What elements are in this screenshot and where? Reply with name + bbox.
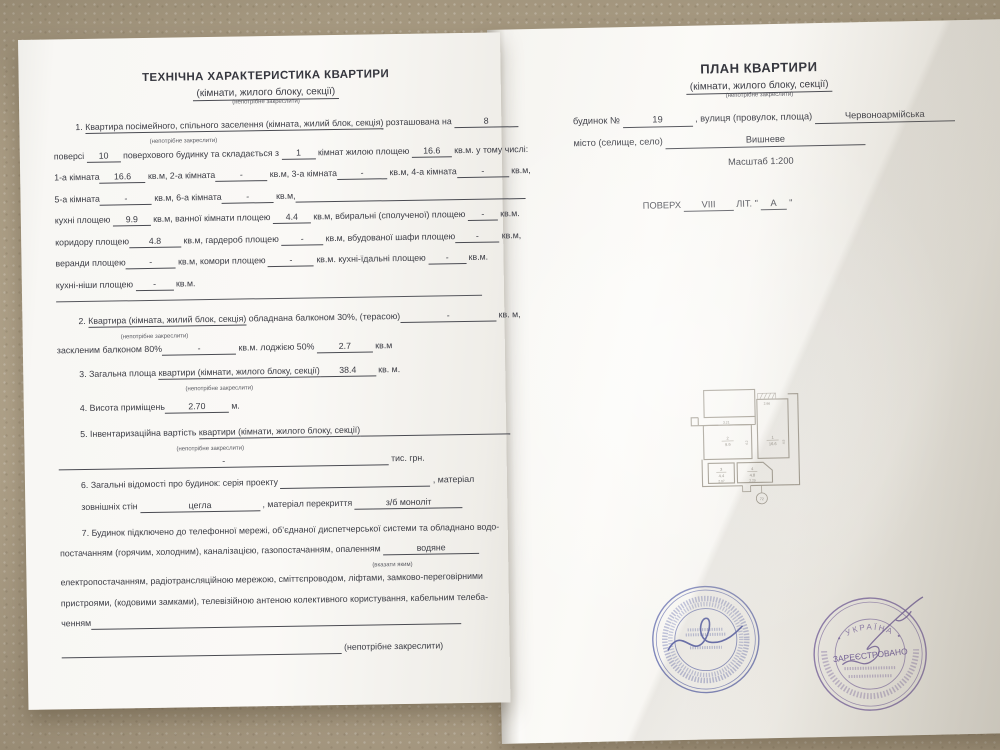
- form-value: 16.6: [99, 171, 145, 184]
- dim-balcony: 2.96: [764, 402, 771, 406]
- form-value: цегла: [140, 499, 260, 513]
- right-form: будинок № 19 , вулиця (провулок, площа) …: [545, 108, 977, 215]
- form-text: кв.м.: [498, 209, 520, 219]
- form-blank: [280, 475, 430, 489]
- form-value: 4.8: [129, 235, 181, 248]
- form-blank: [295, 187, 525, 203]
- floor-plan: 2.96 3.21 2 9.9 1 16.6 4.2 4.5 3 4.4 2.0…: [670, 373, 833, 526]
- form-text: ": [786, 197, 792, 207]
- form-text: , матеріал: [430, 474, 474, 485]
- form-text: коридору площею: [55, 236, 129, 247]
- living-number: 1: [771, 435, 774, 440]
- stamp-country-label: • УКРАЇНА •: [835, 622, 904, 643]
- form-value: -: [281, 233, 323, 246]
- form-value: -: [222, 191, 274, 204]
- form-text: кв.м. лоджією 50%: [236, 342, 317, 353]
- form-text: постачанням (горячим, холодним), каналіз…: [60, 544, 383, 559]
- round-stamp-purple: • УКРАЇНА • ЗАРЕЄСТРОВАНО: [799, 583, 942, 726]
- form-text: кв.м,: [509, 165, 531, 175]
- form-text: поверхового будинку та складається з: [121, 148, 282, 161]
- form-value: 16.6: [412, 145, 452, 158]
- form-text: кв.м.: [173, 278, 195, 288]
- form-value: -: [162, 343, 236, 356]
- form-value: Вишневе: [665, 132, 865, 149]
- form-label-underlined: Квартира (кімната, жилий блок, секція): [88, 314, 246, 328]
- form-text: ЛІТ. ": [733, 198, 760, 209]
- left-page-title: ТЕХНІЧНА ХАРАКТЕРИСТИКА КВАРТИРИ: [53, 67, 479, 86]
- form-text: 5-а кімната: [54, 194, 100, 205]
- hall-number: 4: [751, 466, 754, 471]
- form-text: 1-а кімната: [54, 172, 100, 183]
- form-line: ПОВЕРХ VIII ЛІТ. " А ": [547, 194, 977, 216]
- form-blank: [91, 612, 461, 630]
- form-line: коридору площею4.8 кв.м, гардероб площею…: [55, 231, 481, 250]
- form-text: кв.м: [373, 341, 393, 351]
- form-line: - тис. грн.: [59, 452, 485, 471]
- form-text: , вулиця (провулок, площа): [692, 111, 814, 124]
- form-line: 5-а кімната- кв.м, 6-а кімната- кв.м,: [54, 188, 480, 207]
- right-page: ПЛАН КВАРТИРИ (кімнати, жилого блоку, се…: [487, 19, 1000, 744]
- kitchen-number: 2: [726, 436, 729, 441]
- form-value: -: [100, 193, 152, 206]
- form-text: зовнішніх стін: [81, 501, 140, 512]
- form-text: 2.: [78, 316, 88, 326]
- form-value: -: [126, 257, 176, 270]
- form-note: (непотрібне закреслити): [185, 385, 253, 392]
- form-blank: [360, 423, 510, 437]
- form-text: кв.м,: [499, 230, 521, 240]
- apartment-number: 72: [760, 497, 764, 501]
- form-value: Червоноармійська: [815, 108, 955, 124]
- form-line: кухні площею 9.9 кв.м, ванної кімнати пл…: [55, 209, 481, 228]
- form-text: кв.м, 6-а кімната: [152, 192, 222, 203]
- form-value: -: [337, 168, 387, 181]
- form-line: місто (селище, село) Вишневе: [545, 130, 975, 152]
- form-text: кухні площею: [55, 215, 113, 226]
- floor-plan-walls: [691, 389, 800, 506]
- form-text: 7. Будинок підключено до телефонної мере…: [82, 521, 500, 538]
- form-value: 4.4: [273, 212, 311, 225]
- form-text: Масштаб 1:200: [728, 156, 794, 167]
- form-text: кв. м,: [496, 310, 521, 320]
- form-text: пристроями, (кодовими замками), телевізі…: [61, 591, 488, 608]
- form-line: заскленим балконом 80%- кв.м. лоджією 50…: [57, 339, 483, 358]
- form-line: 7. Будинок підключено до телефонної мере…: [60, 521, 486, 539]
- form-line: ченням: [61, 612, 487, 631]
- form-text: 1.: [75, 122, 85, 132]
- kitchen-area: 9.9: [725, 442, 731, 447]
- form-text: кв.м, вбудованої шафи площею: [323, 231, 455, 243]
- form-text: кв.м,: [274, 191, 296, 201]
- form-text: кв.м, 2-а кімната: [145, 170, 215, 181]
- form-value: VIII: [683, 199, 733, 213]
- svg-text:• УКРАЇНА •: • УКРАЇНА •: [835, 622, 904, 643]
- form-note: (вказати яким): [372, 562, 412, 569]
- form-text: 6. Загальні відомості про будинок: серія…: [81, 477, 281, 490]
- form-line: Масштаб 1:200: [546, 152, 976, 173]
- form-text: обладнана балконом 30%, (терасою): [246, 311, 400, 323]
- bath-area: 4.4: [719, 473, 725, 478]
- form-value: водяне: [383, 542, 479, 555]
- dim-living-depth: 4.5: [782, 439, 786, 444]
- form-value: -: [215, 170, 267, 183]
- form-value: 8: [454, 115, 518, 128]
- balcony-hatch-icon: [758, 393, 776, 399]
- dim-kitchen-depth: 4.2: [745, 440, 749, 445]
- form-value: 2.7: [317, 341, 373, 354]
- form-value: -: [455, 230, 499, 243]
- form-line: веранди площею- кв.м, комори площею - кв…: [55, 252, 481, 271]
- left-page: ТЕХНІЧНА ХАРАКТЕРИСТИКА КВАРТИРИ (кімнат…: [18, 32, 510, 709]
- form-label-underlined: квартири (кімнати, жилого блоку, секції): [199, 425, 360, 439]
- form-text: 5. Інвентаризаційна вартість: [80, 428, 199, 440]
- form-label-underlined: квартири (кімнати, жилого блоку, секції): [158, 366, 319, 380]
- form-note: (непотрібне закреслити): [176, 445, 244, 452]
- round-stamp-blue: [647, 580, 765, 698]
- form-line: зовнішніх стін цегла , матеріал перекрит…: [59, 495, 485, 514]
- form-text: кв.м, 3-а кімната: [267, 168, 337, 179]
- form-text: кв.м, вбиральні (сполученої) площею: [311, 209, 468, 221]
- form-text: 4. Висота приміщень: [80, 402, 165, 413]
- form-text: кв.м, гардероб площею: [181, 234, 281, 246]
- form-value: А: [760, 198, 786, 211]
- form-text: 3. Загальна площа: [79, 368, 158, 379]
- form-text: місто (селище, село): [573, 136, 665, 148]
- form-text: кв.м.: [466, 252, 488, 262]
- form-text: кв.м. кухні-їдальні площею: [314, 253, 428, 265]
- form-text: кв.м, ванної кімнати площею: [151, 212, 273, 224]
- form-value: -: [428, 252, 466, 265]
- divider: [56, 295, 482, 303]
- form-value: -: [135, 278, 173, 291]
- form-text: , матеріал перекриття: [260, 498, 355, 509]
- form-text: поверсі: [54, 151, 87, 162]
- form-value: -: [268, 255, 314, 268]
- form-line: пристроями, (кодовими замками), телевізі…: [61, 591, 487, 609]
- form-value: -: [457, 166, 509, 179]
- bath-number: 3: [720, 467, 723, 472]
- dim-hall: 2.29: [749, 478, 756, 482]
- form-note: (непотрібне закреслити): [150, 138, 218, 145]
- form-text: будинок №: [573, 115, 623, 126]
- form-text: тис. грн.: [389, 453, 425, 464]
- form-blank: [62, 642, 342, 658]
- form-line: будинок № 19 , вулиця (провулок, площа) …: [545, 108, 975, 130]
- form-line: 6. Загальні відомості про будинок: серія…: [59, 474, 485, 493]
- left-form: 1. Квартира посімейного, спільного засел…: [53, 116, 487, 659]
- form-text: ченням: [61, 618, 91, 628]
- form-line: поверсі 10 поверхового будинку та склада…: [54, 145, 480, 164]
- form-line: (непотрібне закреслити): [62, 640, 488, 659]
- form-value: 9.9: [113, 214, 151, 227]
- form-text: заскленим балконом 80%: [57, 344, 162, 356]
- form-text: розташована на: [383, 116, 454, 127]
- hall-area: 4.8: [750, 472, 756, 477]
- form-text: кухні-ніши площею: [56, 279, 136, 290]
- form-text: м.: [229, 401, 240, 411]
- form-text: кімнат жилою площею: [315, 146, 411, 158]
- form-value: -: [468, 209, 498, 221]
- form-value: 38.4: [320, 365, 376, 378]
- form-value: 10: [87, 150, 121, 163]
- form-line: 4. Висота приміщень2.70 м.: [58, 397, 484, 416]
- photo-background: ТЕХНІЧНА ХАРАКТЕРИСТИКА КВАРТИРИ (кімнат…: [0, 0, 1000, 750]
- form-value: 2.70: [165, 401, 229, 414]
- form-value: 1: [281, 147, 315, 160]
- form-note: (непотрібне закреслити): [121, 333, 189, 340]
- dim-bath: 2.07: [718, 479, 725, 483]
- form-text: веранди площею: [55, 258, 125, 269]
- form-text: ПОВЕРХ: [643, 200, 684, 211]
- living-area: 16.6: [769, 441, 778, 446]
- form-text: кв.м. у тому числі:: [452, 144, 529, 155]
- form-text: (непотрібне закреслити): [341, 641, 443, 653]
- form-value: -: [59, 454, 389, 471]
- form-line: кухні-ніши площею - кв.м.: [56, 274, 482, 293]
- form-value: з/б моноліт: [355, 496, 463, 510]
- form-text: кв.м, 4-а кімната: [387, 167, 457, 178]
- form-value: -: [400, 310, 496, 323]
- form-text: кв. м.: [376, 364, 401, 374]
- form-value: 19: [622, 114, 692, 128]
- form-line: 1-а кімната16.6 кв.м, 2-а кімната- кв.м,…: [54, 166, 480, 185]
- dim-top: 3.21: [723, 421, 730, 425]
- form-label-underlined: Квартира посімейного, спільного заселенн…: [85, 117, 383, 133]
- form-text: кв.м, комори площею: [176, 256, 268, 267]
